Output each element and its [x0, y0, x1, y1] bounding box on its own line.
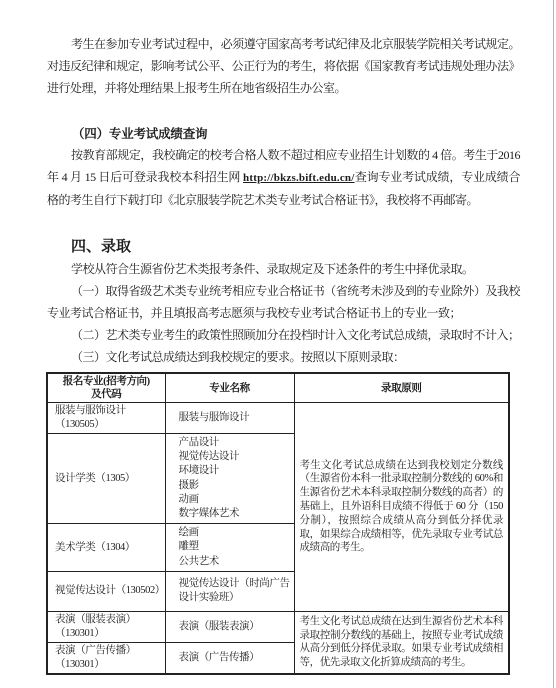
paragraph-score-query: 按教育部规定，我校确定的校考合格人数不超过相应专业招生计划数的 4 倍。考生于2…	[47, 144, 520, 211]
paragraph-admission-item1: （一）取得省级艺术类专业统考相应专业合格证书（省统考未涉及到的专业除外）及我校专…	[47, 280, 520, 324]
table-header-major-code: 报名专业(招考方向) 及代码	[47, 373, 165, 403]
paragraph-admission-item3: （三）文化考试总成绩达到我校规定的要求。按照以下原则录取：	[47, 346, 520, 368]
admissions-website-link[interactable]: http://bkzs.bift.edu.cn/	[243, 172, 354, 184]
cell-major-performance-fashion: 表演（服装表演）（130301）	[47, 611, 165, 642]
cell-names-performance-fashion: 表演（服装表演）	[165, 611, 294, 642]
cell-principle-performance-majors: 考生文化考试总成绩在达到生源省份艺术本科录取控制分数线的基础上，按照专业考试成绩…	[294, 611, 509, 674]
cell-names-design-class: 产品设计 视觉传达设计 环境设计 摄影 动画 数字媒体艺术	[165, 434, 294, 524]
admission-rules-table: 报名专业(招考方向) 及代码 专业名称 录取原则 服装与服饰设计（130505）…	[46, 372, 510, 675]
heading-score-query: （四）专业考试成绩查询	[47, 124, 520, 144]
cell-major-fashion-design: 服装与服饰设计（130505）	[47, 403, 165, 434]
paragraph-exam-discipline: 考生在参加专业考试过程中，必须遵守国家高考考试纪律及北京服装学院相关考试规定。对…	[47, 33, 520, 99]
page-scan-edge-line	[553, 0, 554, 688]
document-page: 考生在参加专业考试过程中，必须遵守国家高考考试纪律及北京服装学院相关考试规定。对…	[0, 0, 556, 688]
table-header-row: 报名专业(招考方向) 及代码 专业名称 录取原则	[47, 373, 509, 403]
heading-admission: 四、录取	[47, 236, 520, 258]
table-row: 服装与服饰设计（130505） 服装与服饰设计 考生文化考试总成绩在达到我校划定…	[47, 403, 509, 434]
cell-major-fine-arts: 美术学类（1304）	[47, 524, 165, 572]
table-row: 表演（服装表演）（130301） 表演（服装表演） 考生文化考试总成绩在达到生源…	[47, 611, 509, 642]
document-content: 考生在参加专业考试过程中，必须遵守国家高考考试纪律及北京服装学院相关考试规定。对…	[47, 0, 520, 675]
cell-names-visual-communication: 视觉传达设计（时尚广告 设计实验班）	[165, 571, 294, 611]
paragraph-admission-intro: 学校从符合生源省份艺术类报考条件、录取规定及下述条件的考生中择优录取。	[47, 258, 520, 280]
cell-names-fine-arts: 绘画 雕塑 公共艺术	[165, 524, 294, 572]
paragraph-admission-item2: （二）艺术类专业考生的政策性照顾加分在投档时计入文化考试总成绩，录取时不计入；	[47, 324, 520, 346]
cell-names-performance-advertising: 表演（广告传播）	[165, 642, 294, 674]
table-header-major-name: 专业名称	[165, 373, 294, 403]
cell-major-design-class: 设计学类（1305）	[47, 434, 165, 524]
cell-major-performance-advertising: 表演（广告传播）（130301）	[47, 642, 165, 674]
cell-principle-design-majors: 考生文化考试总成绩在达到我校划定分数线（生源省份本科一批录取控制分数线的 60%…	[294, 403, 509, 612]
table-header-principle: 录取原则	[294, 373, 509, 403]
cell-names-fashion-design: 服装与服饰设计	[165, 403, 294, 434]
cell-major-visual-communication: 视觉传达设计（130502）	[47, 571, 165, 611]
